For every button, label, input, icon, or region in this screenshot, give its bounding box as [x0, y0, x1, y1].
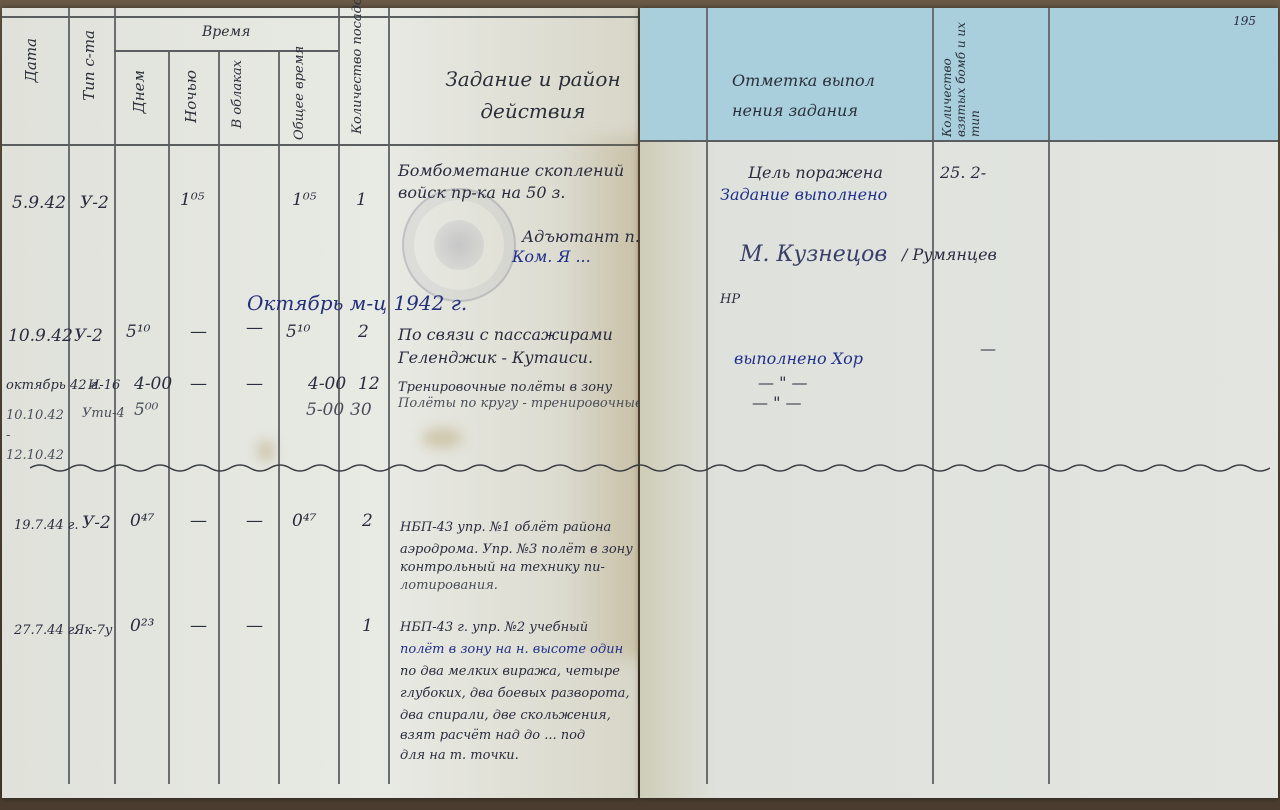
month-heading: Октябрь м-ц 1942 г. — [247, 291, 467, 315]
entry-task-line: НБП-43 г. упр. №2 учебный — [400, 620, 588, 635]
column-rule — [706, 8, 708, 784]
entry-note-ditto: — " — — [752, 392, 802, 413]
commander-line: Ком. Я ... — [512, 246, 591, 267]
entry-clouds-time: — — [246, 374, 263, 394]
column-rule — [1048, 8, 1050, 784]
entry-date: 27.7.44 г. — [14, 623, 78, 638]
stamp-label: НР — [720, 292, 740, 307]
entry-note-line: Цель поражена — [748, 162, 883, 183]
stain — [422, 428, 462, 448]
entry-landings: 2 — [362, 511, 373, 531]
header-task-area: Задание и район действия — [438, 63, 628, 127]
header-date: Дата — [22, 38, 40, 82]
header-landings: Количество посадок — [350, 24, 384, 134]
wavy-separator-line — [30, 458, 1270, 478]
column-rule — [278, 50, 280, 784]
header-time-night: Ночью — [182, 70, 200, 123]
entry-task-line: взят расчёт над до ... под — [400, 728, 585, 743]
entry-task-line: два спирали, две скольжения, — [400, 708, 611, 723]
entry-day-time: 5⁰⁰ — [134, 400, 158, 420]
entry-bombs: — — [980, 338, 996, 359]
entry-date: 5.9.42 — [12, 193, 66, 213]
entry-aircraft: У-2 — [82, 513, 111, 533]
header-aircraft-type: Тип с-та — [80, 30, 98, 101]
entry-clouds-time: — — [246, 616, 263, 636]
entry-task-line: Тренировочные полёты в зону — [398, 380, 612, 395]
top-rule — [2, 16, 638, 18]
entry-total-time: 4-00 — [308, 374, 346, 394]
entry-task-line: для на т. точки. — [400, 748, 519, 763]
official-stamp — [402, 188, 516, 302]
header-time-total: Общее время — [292, 60, 332, 140]
entry-total-time: 5¹⁰ — [286, 322, 310, 342]
column-rule — [388, 8, 390, 784]
entry-note-ditto: — " — — [758, 372, 808, 393]
entry-night-time: — — [190, 322, 207, 342]
entry-aircraft: У-2 — [74, 326, 103, 346]
entry-clouds-time: — — [246, 511, 263, 531]
entry-task-line: НБП-43 упр. №1 облёт района — [400, 520, 611, 535]
entry-task-line: по два мелких виража, четыре — [400, 664, 620, 679]
entry-total-time: 5-00 — [306, 400, 344, 420]
entry-landings: 12 — [358, 374, 380, 394]
header-completion-note: Отметка выпол нения задания — [732, 66, 922, 126]
entry-task-line: войск пр-ка на 50 з. — [398, 182, 565, 203]
entry-landings: 2 — [358, 322, 369, 342]
header-time-clouds: В облаках — [230, 60, 270, 128]
column-rule — [338, 8, 340, 784]
header-time: Время — [202, 24, 250, 40]
entry-task-line: Бомбометание скоплений — [398, 160, 624, 181]
entry-clouds-time: — — [246, 318, 263, 338]
logbook-right-page: 195 Отметка выпол нения задания Количест… — [640, 8, 1278, 798]
logbook-left-page: Дата Тип с-та Время Днем Ночью В облаках… — [2, 8, 638, 798]
signature-secondary: / Румянцев — [902, 244, 997, 265]
column-rule — [68, 8, 70, 784]
entry-day-time: 5¹⁰ — [126, 322, 150, 342]
entry-task-line: Геленджик - Кутаиси. — [398, 347, 593, 368]
entry-date: 19.7.44 г. — [14, 518, 78, 533]
header-time-day: Днем — [130, 70, 148, 113]
column-rule — [218, 50, 220, 784]
entry-day-time: 0²³ — [130, 616, 154, 636]
entry-bombs: 25. 2- — [940, 162, 986, 183]
entry-night-time: 1⁰⁵ — [180, 190, 204, 210]
entry-day-time: 0⁴⁷ — [130, 511, 154, 531]
entry-date: 10.9.42 — [8, 326, 73, 346]
entry-night-time: — — [190, 511, 207, 531]
entry-landings: 1 — [362, 616, 373, 636]
entry-aircraft: У-2 — [80, 193, 109, 213]
entry-aircraft: Ути-4 — [82, 406, 125, 421]
entry-task-line: лотирования. — [400, 578, 498, 593]
entry-note-line: выполнено Хор — [734, 348, 863, 369]
entry-task-line: глубоких, два боевых разворота, — [400, 686, 630, 701]
entry-aircraft: И-16 — [88, 378, 120, 393]
column-rule — [114, 8, 116, 784]
column-rule — [168, 50, 170, 784]
entry-day-time: 4-00 — [134, 374, 172, 394]
entry-total-time: 1⁰⁵ — [292, 190, 316, 210]
entry-note-line: Задание выполнено — [720, 184, 887, 205]
entry-total-time: 0⁴⁷ — [292, 511, 316, 531]
entry-landings: 30 — [350, 400, 372, 420]
entry-night-time: — — [190, 616, 207, 636]
header-bottom-rule — [640, 140, 1278, 142]
entry-date: 10.10.42 - 12.10.42 — [6, 406, 66, 466]
entry-aircraft: Як-7у — [74, 623, 112, 638]
entry-night-time: — — [190, 374, 207, 394]
entry-task-line: полёт в зону на н. высоте один — [400, 642, 623, 657]
entry-landings: 1 — [356, 190, 367, 210]
signature: М. Кузнецов — [740, 242, 887, 267]
page-number: 195 — [1233, 14, 1256, 28]
entry-task-line: Полёты по кругу - тренировочные — [398, 396, 643, 411]
header-bombs: Количество взятых бомб и их тип — [940, 22, 1040, 137]
header-bottom-rule — [2, 144, 638, 146]
entry-task-line: контрольный на технику пи- — [400, 560, 605, 575]
entry-task-line: аэродрома. Упр. №3 полёт в зону — [400, 542, 633, 557]
entry-task-line: По связи с пассажирами — [398, 324, 613, 345]
column-rule — [932, 8, 934, 784]
